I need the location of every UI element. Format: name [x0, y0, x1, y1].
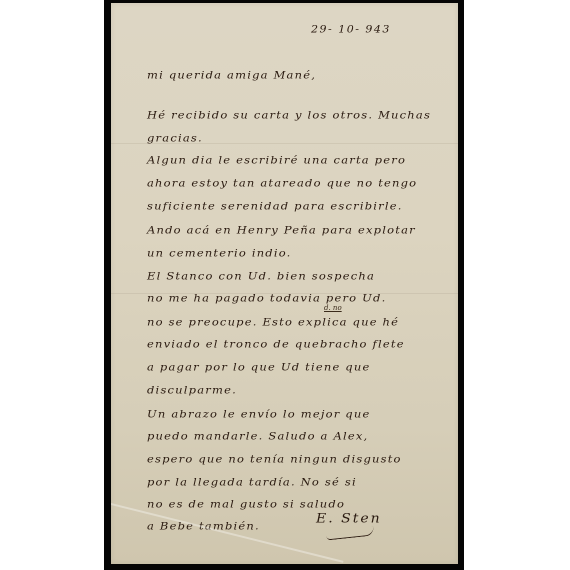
letter-line: Ando acá en Henry Peña para explotar [147, 224, 416, 237]
letter-line: no me ha pagado todavia pero Ud. [147, 292, 386, 305]
signature-flourish [326, 527, 375, 541]
letter-line: El Stanco con Ud. bien sospecha [147, 270, 375, 283]
letter-salutation: mi querida amiga Mané, [147, 69, 316, 82]
letter-line: ahora estoy tan atareado que no tengo [147, 177, 417, 190]
letter-line: enviado el tronco de quebracho flete [147, 338, 405, 351]
letter-line: a Bebe también. [147, 520, 260, 533]
letter-line: espero que no tenía ningun disgusto [147, 453, 402, 466]
letter-line: gracias. [147, 132, 203, 145]
letter-line: no es de mal gusto si saludo [147, 498, 345, 511]
letter-insertion: d. no [324, 304, 342, 312]
letter-line: Algun dia le escribiré una carta pero [147, 154, 406, 167]
letter-line: Hé recibido su carta y los otros. Muchas [147, 109, 431, 122]
letter-line: disculparme. [147, 384, 237, 397]
letter-line: Un abrazo le envío lo mejor que [147, 408, 370, 421]
letter-line: un cementerio indio. [147, 247, 292, 260]
letter-line: a pagar por lo que Ud tiene que [147, 361, 370, 374]
signature: E. Sten [316, 512, 382, 526]
letter-page: 29- 10- 943 mi querida amiga Mané, Hé re… [111, 3, 458, 564]
letter-date: 29- 10- 943 [311, 24, 391, 36]
letter-line: puedo mandarle. Saludo a Alex, [147, 430, 368, 443]
letter-line: por la llegada tardía. No sé si [147, 476, 357, 489]
letter-line: suficiente serenidad para escribirle. [147, 200, 403, 213]
letter-line: no se preocupe. Esto explica que hé [147, 316, 399, 329]
